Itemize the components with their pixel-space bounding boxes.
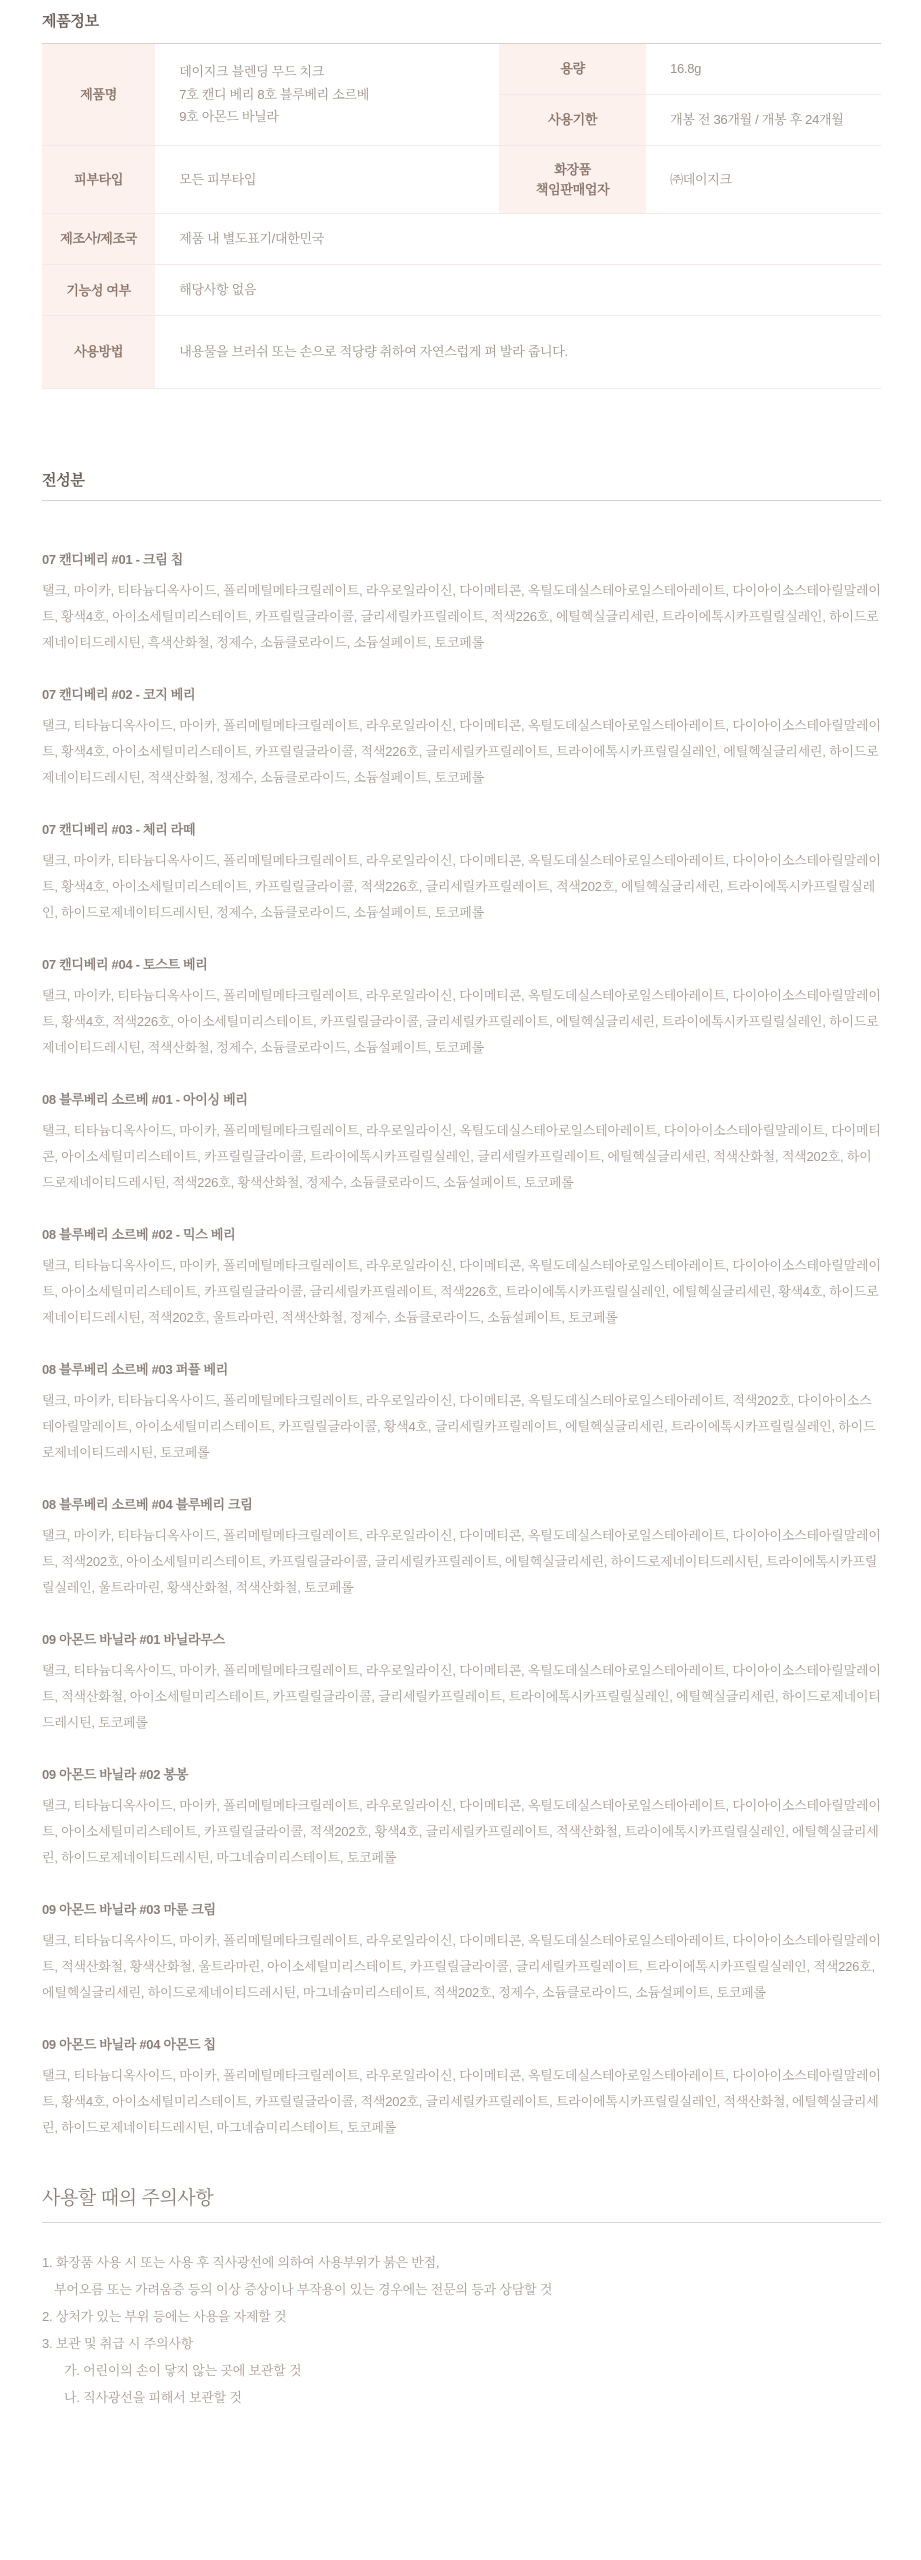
table-row: 사용방법 내용물을 브러쉬 또는 손으로 적당량 취하여 자연스럽게 펴 발라 … [42, 316, 881, 389]
ingredient-block-text: 탤크, 티타늄디옥사이드, 마이카, 폴리메틸메타크릴레이트, 라우로일라이신,… [42, 1658, 881, 1736]
ingredient-block: 09 아몬드 바닐라 #01 바닐라무스 탤크, 티타늄디옥사이드, 마이카, … [42, 1629, 881, 1736]
ingredient-block: 08 블루베리 소르베 #03 퍼플 베리 탤크, 마이카, 티타늄디옥사이드,… [42, 1359, 881, 1466]
manufacturer-label: 제조사/제조국 [42, 214, 155, 265]
ingredient-block-text: 탤크, 티타늄디옥사이드, 마이카, 폴리메틸메타크릴레이트, 라우로일라이신,… [42, 2063, 881, 2141]
shelf-life-label: 사용기한 [499, 95, 646, 146]
ingredient-block: 07 캔디베리 #04 - 토스트 베리 탤크, 마이카, 티타늄디옥사이드, … [42, 954, 881, 1061]
ingredient-block-text: 탤크, 티타늄디옥사이드, 마이카, 폴리메틸메타크릴레이트, 라우로일라이신,… [42, 1118, 881, 1196]
ingredients-section: 전성분 07 캔디베리 #01 - 크림 칩 탤크, 마이카, 티타늄디옥사이드… [42, 469, 881, 2141]
shelf-life-value: 개봉 전 36개월 / 개봉 후 24개월 [646, 95, 881, 146]
table-row: 제조사/제조국 제품 내 별도표기/대한민국 [42, 214, 881, 265]
ingredients-divider [42, 500, 881, 501]
precaution-line: 부어오름 또는 가려움증 등의 이상 증상이나 부작용이 있는 경우에는 전문의… [42, 2276, 881, 2303]
ingredient-block: 07 캔디베리 #02 - 코지 베리 탤크, 티타늄디옥사이드, 마이카, 폴… [42, 684, 881, 791]
ingredient-block-title: 09 아몬드 바닐라 #03 마룬 크림 [42, 1899, 881, 1918]
precautions-divider [42, 2222, 881, 2223]
functionality-value: 해당사항 없음 [155, 265, 881, 316]
ingredient-block-title: 07 캔디베리 #04 - 토스트 베리 [42, 954, 881, 973]
ingredient-block-text: 탤크, 티타늄디옥사이드, 마이카, 폴리메틸메타크릴레이트, 라우로일라이신,… [42, 1253, 881, 1331]
section-title-ingredients: 전성분 [42, 469, 881, 490]
table-row: 제품명 데이지크 블렌딩 무드 치크 7호 캔디 베리 8호 블루베리 소르베 … [42, 44, 881, 95]
ingredient-block: 08 블루베리 소르베 #02 - 믹스 베리 탤크, 티타늄디옥사이드, 마이… [42, 1224, 881, 1331]
precaution-line: 나. 직사광선을 피해서 보관할 것 [42, 2384, 881, 2411]
product-name-label: 제품명 [42, 44, 155, 146]
ingredient-block: 08 블루베리 소르베 #01 - 아이싱 베리 탤크, 티타늄디옥사이드, 마… [42, 1089, 881, 1196]
ingredient-block-title: 08 블루베리 소르베 #01 - 아이싱 베리 [42, 1089, 881, 1108]
precautions-list: 1. 화장품 사용 시 또는 사용 후 직사광선에 의하여 사용부위가 붉은 반… [42, 2249, 881, 2411]
ingredient-block-text: 탤크, 티타늄디옥사이드, 마이카, 폴리메틸메타크릴레이트, 라우로일라이신,… [42, 1928, 881, 2006]
manufacturer-value: 제품 내 별도표기/대한민국 [155, 214, 881, 265]
capacity-value: 16.8g [646, 44, 881, 95]
ingredient-block: 09 아몬드 바닐라 #03 마룬 크림 탤크, 티타늄디옥사이드, 마이카, … [42, 1899, 881, 2006]
ingredient-block: 08 블루베리 소르베 #04 블루베리 크림 탤크, 마이카, 티타늄디옥사이… [42, 1494, 881, 1601]
precaution-line: 2. 상처가 있는 부위 등에는 사용을 자제할 것 [42, 2303, 881, 2330]
ingredient-block-text: 탤크, 마이카, 티타늄디옥사이드, 폴리메틸메타크릴레이트, 라우로일라이신,… [42, 1523, 881, 1601]
usage-label: 사용방법 [42, 316, 155, 389]
precaution-line: 가. 어린이의 손이 닿지 않는 곳에 보관할 것 [42, 2357, 881, 2384]
product-info-section: 제품정보 제품명 데이지크 블렌딩 무드 치크 7호 캔디 베리 8호 블루베리… [42, 10, 881, 389]
table-row: 피부타입 모든 피부타입 화장품 책임판매업자 ㈜데이지크 [42, 146, 881, 214]
ingredient-block: 07 캔디베리 #01 - 크림 칩 탤크, 마이카, 티타늄디옥사이드, 폴리… [42, 549, 881, 656]
ingredient-block-title: 08 블루베리 소르베 #02 - 믹스 베리 [42, 1224, 881, 1243]
ingredient-block-title: 07 캔디베리 #02 - 코지 베리 [42, 684, 881, 703]
product-name-value: 데이지크 블렌딩 무드 치크 7호 캔디 베리 8호 블루베리 소르베 9호 아… [155, 44, 499, 146]
ingredient-block-title: 07 캔디베리 #01 - 크림 칩 [42, 549, 881, 568]
capacity-label: 용량 [499, 44, 646, 95]
ingredient-block-title: 08 블루베리 소르베 #04 블루베리 크림 [42, 1494, 881, 1513]
table-row: 기능성 여부 해당사항 없음 [42, 265, 881, 316]
skin-type-label: 피부타입 [42, 146, 155, 214]
ingredient-block-text: 탤크, 티타늄디옥사이드, 마이카, 폴리메틸메타크릴레이트, 라우로일라이신,… [42, 713, 881, 791]
usage-value: 내용물을 브러쉬 또는 손으로 적당량 취하여 자연스럽게 펴 발라 줍니다. [155, 316, 881, 389]
ingredient-block-title: 09 아몬드 바닐라 #01 바닐라무스 [42, 1629, 881, 1648]
precaution-line: 3. 보관 및 취급 시 주의사항 [42, 2330, 881, 2357]
ingredient-block-title: 09 아몬드 바닐라 #02 봉봉 [42, 1764, 881, 1783]
seller-value: ㈜데이지크 [646, 146, 881, 214]
ingredient-block: 07 캔디베리 #03 - 체리 라떼 탤크, 마이카, 티타늄디옥사이드, 폴… [42, 819, 881, 926]
section-title-precautions: 사용할 때의 주의사항 [42, 2183, 881, 2210]
precautions-section: 사용할 때의 주의사항 1. 화장품 사용 시 또는 사용 후 직사광선에 의하… [42, 2183, 881, 2411]
ingredient-block-text: 탤크, 마이카, 티타늄디옥사이드, 폴리메틸메타크릴레이트, 라우로일라이신,… [42, 578, 881, 656]
ingredient-block-title: 08 블루베리 소르베 #03 퍼플 베리 [42, 1359, 881, 1378]
functionality-label: 기능성 여부 [42, 265, 155, 316]
ingredient-block-text: 탤크, 마이카, 티타늄디옥사이드, 폴리메틸메타크릴레이트, 라우로일라이신,… [42, 983, 881, 1061]
ingredient-block-title: 07 캔디베리 #03 - 체리 라떼 [42, 819, 881, 838]
ingredient-block: 09 아몬드 바닐라 #02 봉봉 탤크, 티타늄디옥사이드, 마이카, 폴리메… [42, 1764, 881, 1871]
ingredient-block: 09 아몬드 바닐라 #04 아몬드 칩 탤크, 티타늄디옥사이드, 마이카, … [42, 2034, 881, 2141]
ingredient-block-text: 탤크, 마이카, 티타늄디옥사이드, 폴리메틸메타크릴레이트, 라우로일라이신,… [42, 1388, 881, 1466]
product-detail-page: 제품정보 제품명 데이지크 블렌딩 무드 치크 7호 캔디 베리 8호 블루베리… [0, 0, 921, 2427]
ingredient-block-text: 탤크, 티타늄디옥사이드, 마이카, 폴리메틸메타크릴레이트, 라우로일라이신,… [42, 1793, 881, 1871]
section-title-product-info: 제품정보 [42, 10, 881, 31]
product-info-table: 제품명 데이지크 블렌딩 무드 치크 7호 캔디 베리 8호 블루베리 소르베 … [42, 43, 881, 389]
ingredient-block-title: 09 아몬드 바닐라 #04 아몬드 칩 [42, 2034, 881, 2053]
precaution-line: 1. 화장품 사용 시 또는 사용 후 직사광선에 의하여 사용부위가 붉은 반… [42, 2249, 881, 2276]
skin-type-value: 모든 피부타입 [155, 146, 499, 214]
seller-label: 화장품 책임판매업자 [499, 146, 646, 214]
ingredient-block-text: 탤크, 마이카, 티타늄디옥사이드, 폴리메틸메타크릴레이트, 라우로일라이신,… [42, 848, 881, 926]
